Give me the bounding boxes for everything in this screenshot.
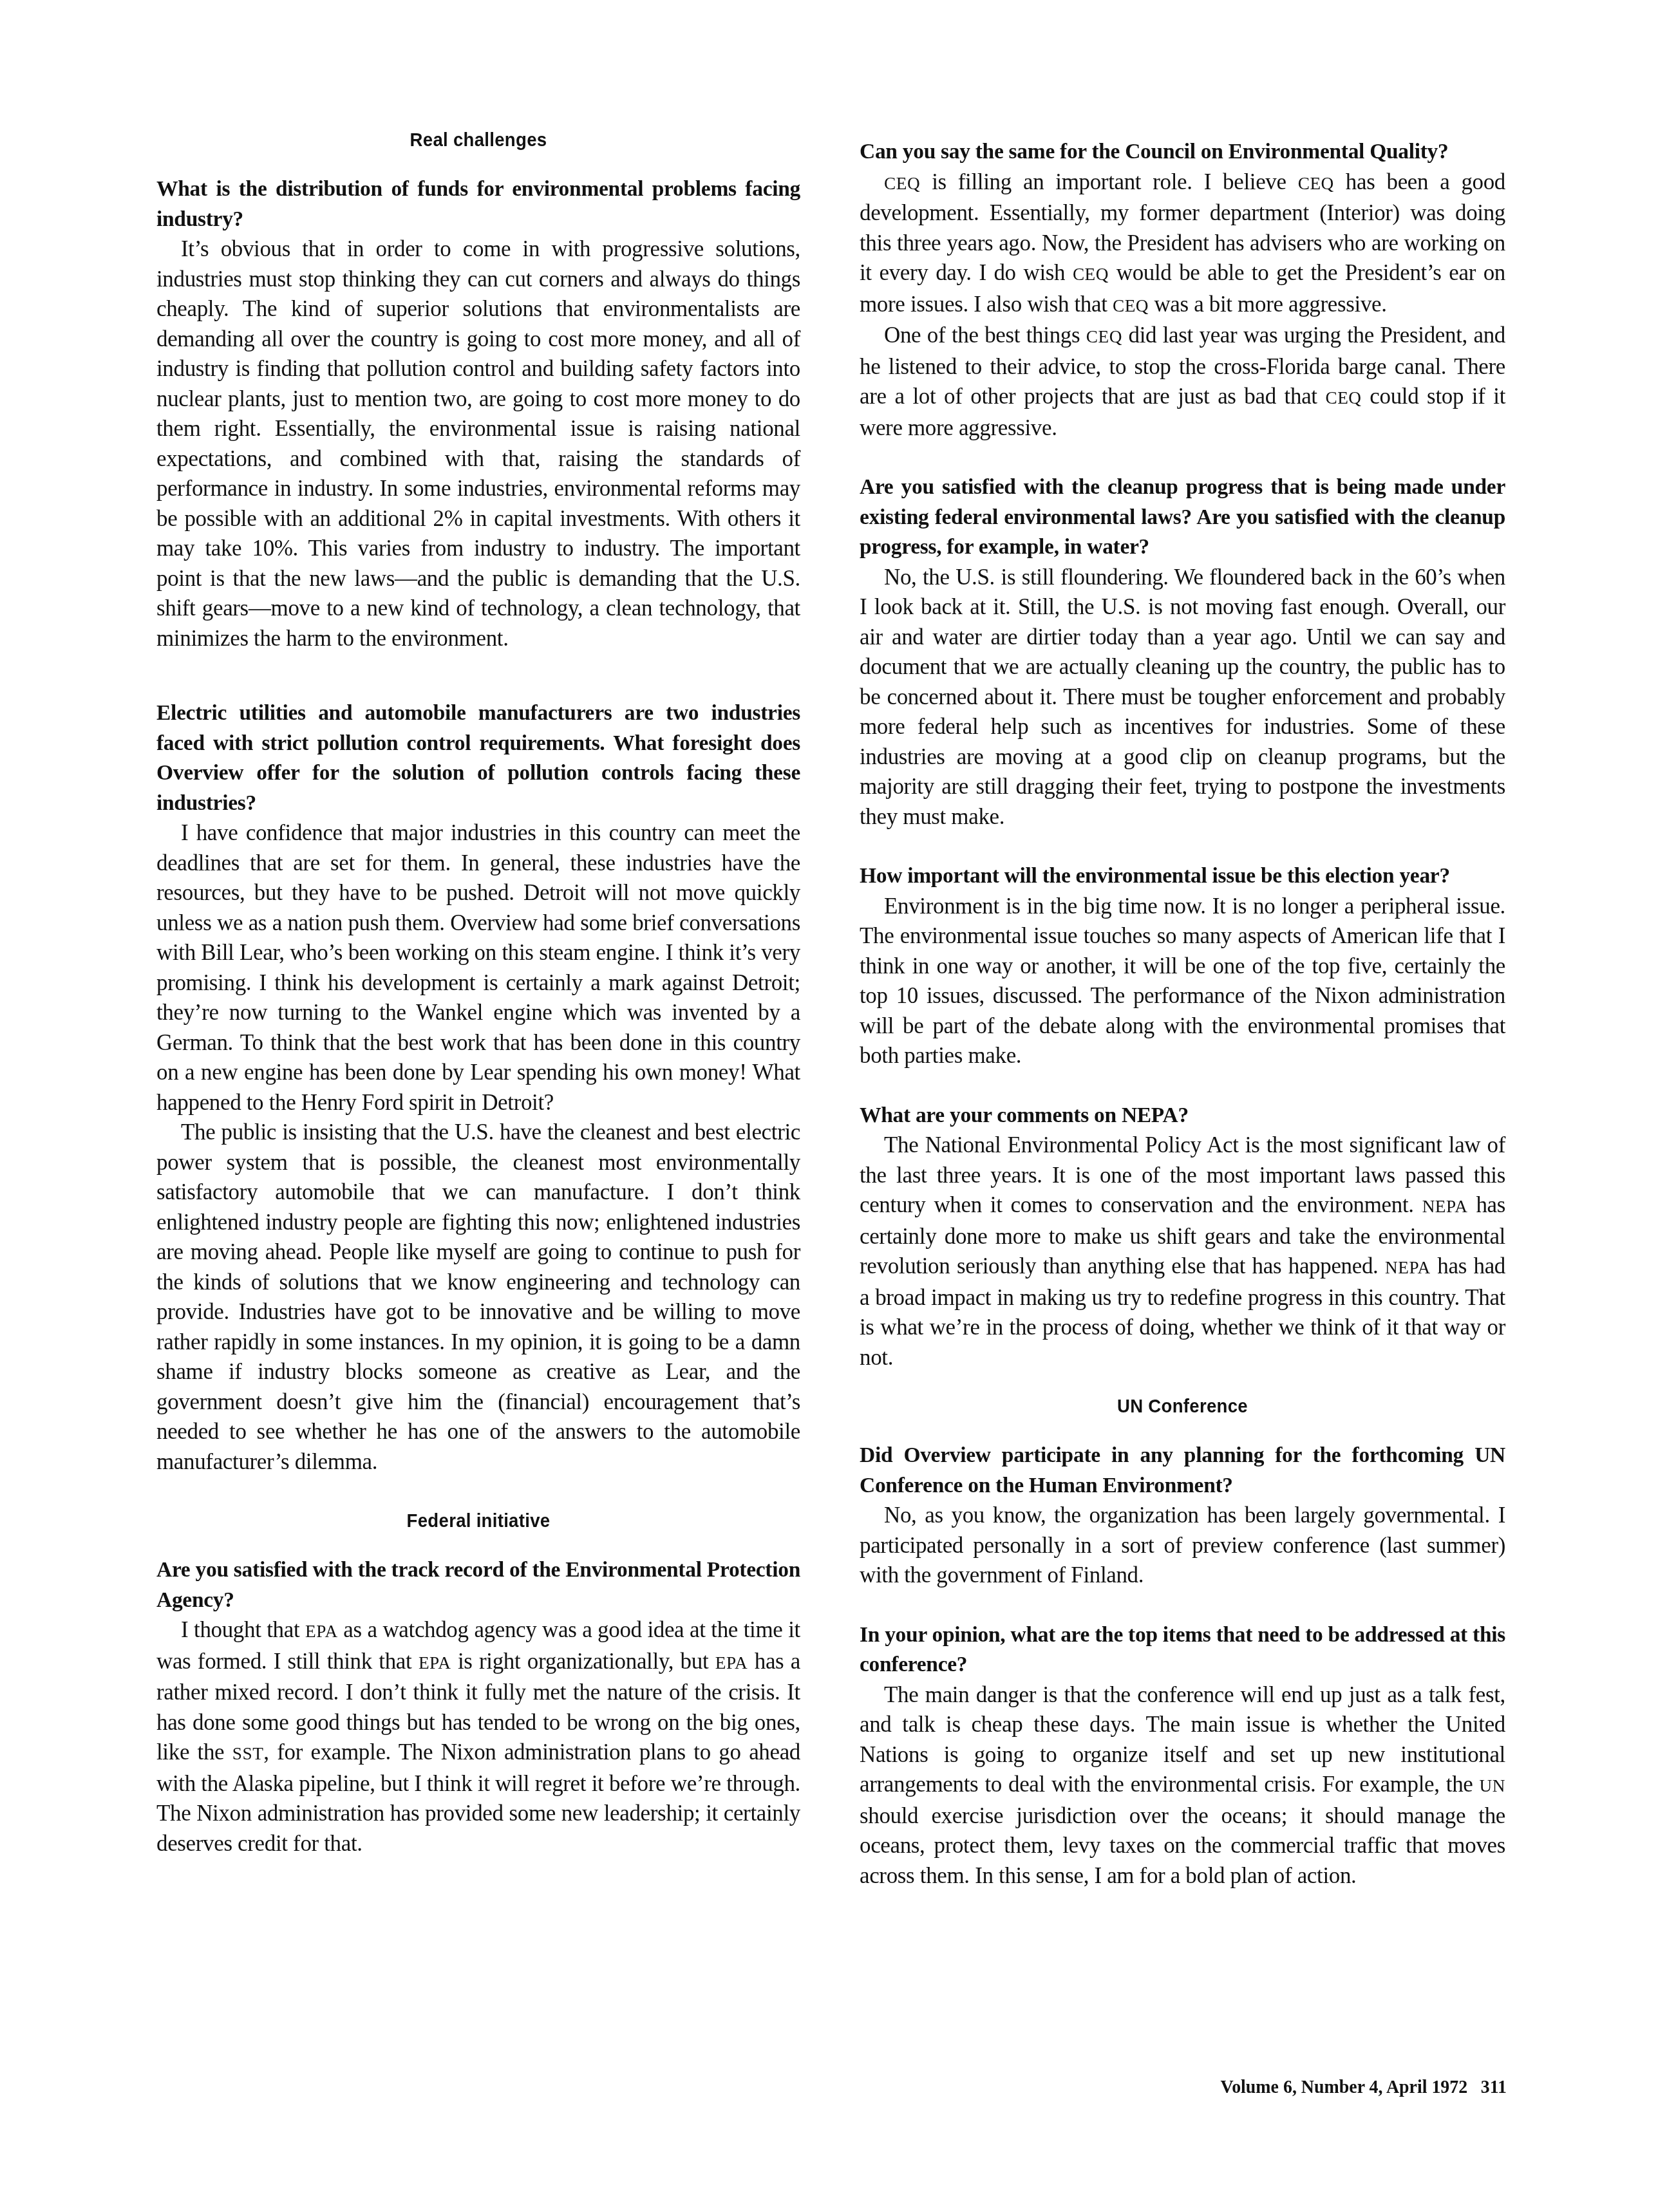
question: In your opinion, what are the top items …	[860, 1620, 1505, 1680]
acronym: CEQ	[1325, 388, 1361, 408]
answer-paragraph: Environment is in the big time now. It i…	[860, 892, 1505, 1071]
question: Are you satisfied with the track record …	[156, 1555, 800, 1615]
right-column: Can you say the same for the Council on …	[860, 137, 1505, 1891]
left-column: Real challenges What is the distribution…	[156, 126, 800, 1859]
issue-info: Volume 6, Number 4, April 1972	[1221, 2076, 1468, 2097]
section-heading-un-conference: UN Conference	[885, 1392, 1480, 1421]
question: What is the distribution of funds for en…	[156, 174, 800, 234]
question: Did Overview participate in any planning…	[860, 1441, 1505, 1501]
answer-paragraph: I thought that EPA as a watchdog agency …	[156, 1615, 800, 1859]
question: How important will the environmental iss…	[860, 861, 1505, 892]
page-number: 311	[1481, 2076, 1507, 2097]
section-heading-real-challenges: Real challenges	[182, 126, 775, 155]
question: Electric utilities and automobile manufa…	[156, 698, 800, 818]
document-page: Real challenges What is the distribution…	[0, 0, 1667, 2212]
section-heading-federal-initiative: Federal initiative	[182, 1506, 775, 1536]
acronym: UN	[1480, 1776, 1505, 1795]
answer-paragraph: It’s obvious that in order to come in wi…	[156, 234, 800, 653]
question: What are your comments on NEPA?	[860, 1101, 1505, 1131]
answer-paragraph: I have confidence that major industries …	[156, 818, 800, 1118]
acronym: CEQ	[1086, 327, 1122, 346]
acronym: CEQ	[884, 174, 920, 193]
acronym: CEQ	[1073, 265, 1109, 284]
question: Can you say the same for the Council on …	[860, 137, 1505, 167]
acronym: NEPA	[1422, 1197, 1468, 1216]
acronym: EPA	[419, 1653, 451, 1673]
acronym: CEQ	[1298, 174, 1334, 193]
answer-paragraph: No, as you know, the organization has be…	[860, 1501, 1505, 1591]
answer-paragraph: No, the U.S. is still floundering. We fl…	[860, 563, 1505, 832]
acronym: SST	[232, 1744, 264, 1763]
acronym: EPA	[715, 1653, 748, 1673]
answer-paragraph: The main danger is that the conference w…	[860, 1680, 1505, 1891]
page-footer: Volume 6, Number 4, April 1972311	[1040, 2076, 1507, 2098]
acronym: CEQ	[1113, 296, 1149, 315]
acronym: EPA	[305, 1622, 338, 1641]
answer-paragraph: The National Environmental Policy Act is…	[860, 1130, 1505, 1373]
question: Are you satisfied with the cleanup progr…	[860, 473, 1505, 563]
answer-paragraph: The public is insisting that the U.S. ha…	[156, 1118, 800, 1477]
answer-paragraph: CEQ is filling an important role. I beli…	[860, 167, 1505, 321]
acronym: NEPA	[1385, 1258, 1431, 1277]
answer-paragraph: One of the best things CEQ did last year…	[860, 321, 1505, 443]
